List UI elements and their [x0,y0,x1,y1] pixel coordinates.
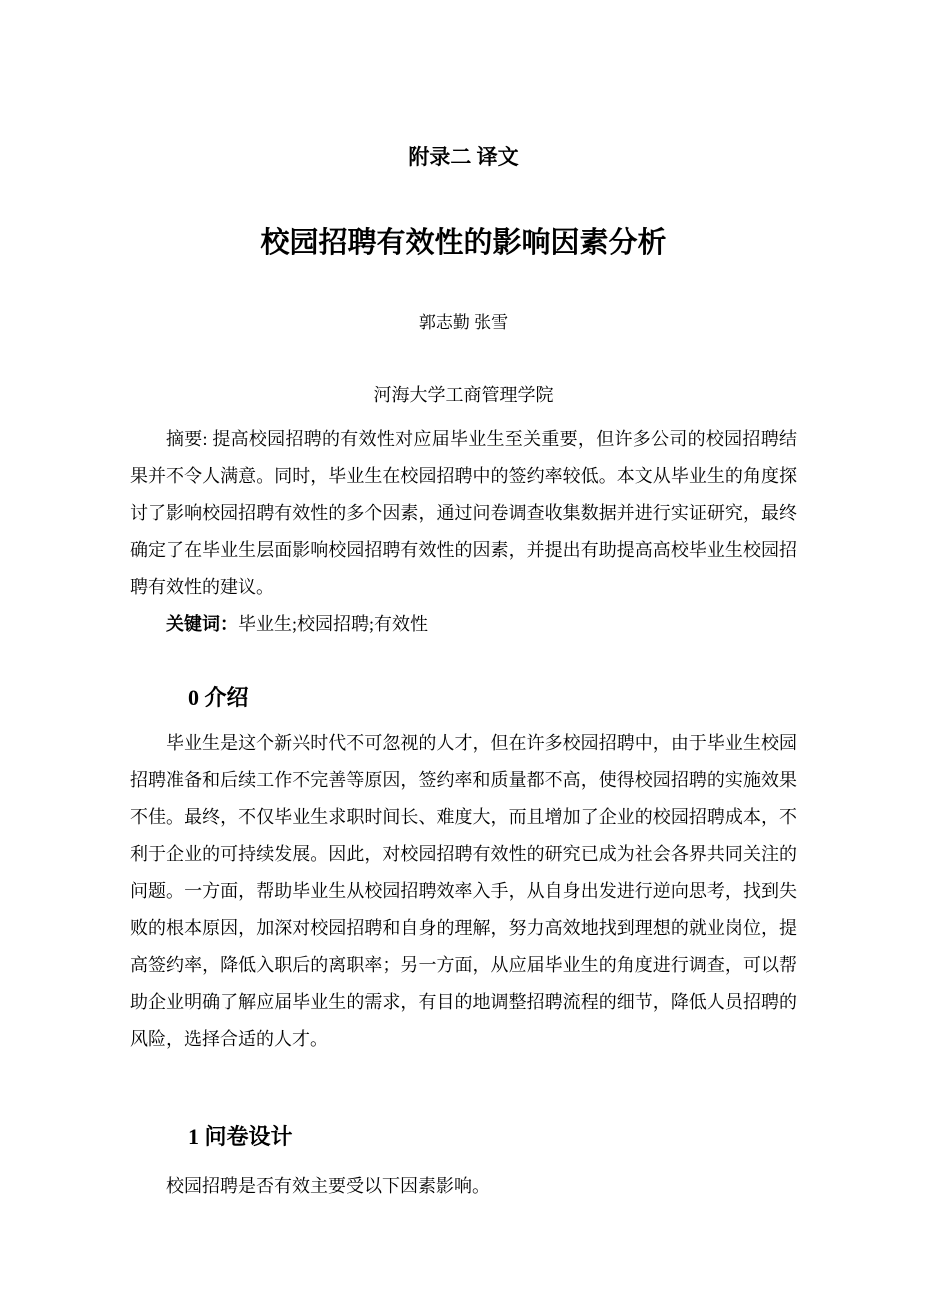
section-heading-questionnaire-design: 1 问卷设计 [130,1120,797,1154]
paper-title: 校园招聘有效性的影响因素分析 [130,222,797,264]
authors: 郭志勤 张雪 [130,310,797,336]
abstract-paragraph: 摘要: 提高校园招聘的有效性对应届毕业生至关重要，但许多公司的校园招聘结果并不令… [130,421,797,606]
keywords-label: 关键词： [166,614,238,634]
abstract-text: 提高校园招聘的有效性对应届毕业生至关重要，但许多公司的校园招聘结果并不令人满意。… [130,429,797,597]
document-page: 附录二 译文 校园招聘有效性的影响因素分析 郭志勤 张雪 河海大学工商管理学院 … [0,0,926,1309]
questionnaire-design-paragraph: 校园招聘是否有效主要受以下因素影响。 [130,1168,797,1205]
section-heading-introduction: 0 介绍 [130,681,797,715]
abstract-label: 摘要: [166,429,208,449]
keywords-text: 毕业生;校园招聘;有效性 [238,614,428,634]
appendix-title: 附录二 译文 [130,141,797,173]
keywords-paragraph: 关键词：毕业生;校园招聘;有效性 [130,606,797,643]
affiliation: 河海大学工商管理学院 [130,382,797,409]
introduction-paragraph: 毕业生是这个新兴时代不可忽视的人才，但在许多校园招聘中，由于毕业生校园招聘准备和… [130,725,797,1058]
